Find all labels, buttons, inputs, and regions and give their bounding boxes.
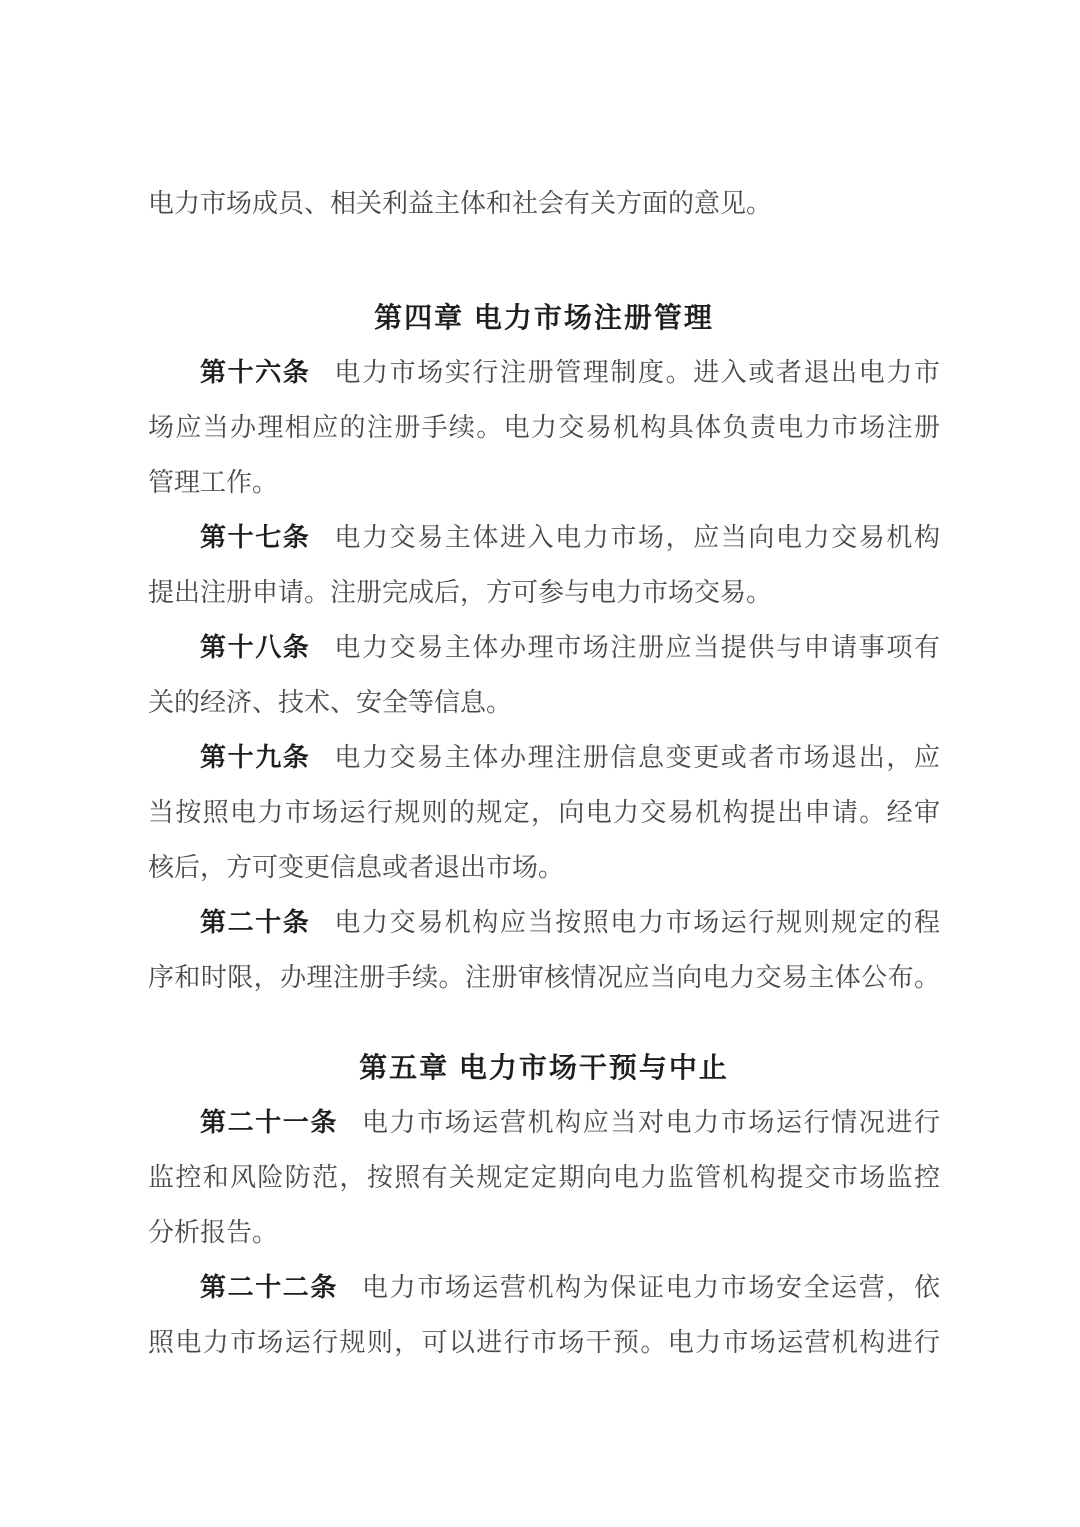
text-line: 第十七条电力交易主体进入电力市场，应当向电力交易机构 [148, 510, 940, 565]
article-label: 第十九条 [200, 742, 334, 772]
article-paragraph: 第十七条电力交易主体进入电力市场，应当向电力交易机构提出注册申请。注册完成后，方… [148, 510, 940, 620]
line-text: 电力市场实行注册管理制度。进入或者退出电力市 [334, 358, 940, 387]
text-line: 第二十一条电力市场运营机构应当对电力市场运行情况进行 [148, 1095, 940, 1150]
line-text: 电力市场运营机构应当对电力市场运行情况进行 [362, 1108, 940, 1137]
article-label: 第二十条 [200, 907, 334, 937]
text-line: 分析报告。 [148, 1205, 940, 1260]
text-line: 序和时限，办理注册手续。注册审核情况应当向电力交易主体公布。 [148, 950, 940, 1005]
article-label: 第二十一条 [200, 1107, 362, 1137]
chapter-heading: 第五章 电力市场干预与中止 [148, 1040, 940, 1095]
line-text: 电力市场运营机构为保证电力市场安全运营，依 [362, 1273, 940, 1302]
line-text: 电力交易机构应当按照电力市场运行规则规定的程 [334, 908, 940, 937]
article-label: 第十六条 [200, 357, 334, 387]
text-line: 第二十条电力交易机构应当按照电力市场运行规则规定的程 [148, 895, 940, 950]
article-paragraph: 第二十一条电力市场运营机构应当对电力市场运行情况进行监控和风险防范，按照有关规定… [148, 1095, 940, 1260]
line-text: 电力交易主体办理市场注册应当提供与申请事项有 [334, 633, 940, 662]
text-line: 第十六条电力市场实行注册管理制度。进入或者退出电力市 [148, 345, 940, 400]
text-line: 照电力市场运行规则，可以进行市场干预。电力市场运营机构进行 [148, 1315, 940, 1370]
article-paragraph: 第二十二条电力市场运营机构为保证电力市场安全运营，依照电力市场运行规则，可以进行… [148, 1260, 940, 1370]
article-paragraph: 第十八条电力交易主体办理市场注册应当提供与申请事项有关的经济、技术、安全等信息。 [148, 620, 940, 730]
text-line: 第二十二条电力市场运营机构为保证电力市场安全运营，依 [148, 1260, 940, 1315]
article-label: 第二十二条 [200, 1272, 362, 1302]
text-line: 提出注册申请。注册完成后，方可参与电力市场交易。 [148, 565, 940, 620]
text-line: 关的经济、技术、安全等信息。 [148, 675, 940, 730]
document-content: 电力市场成员、相关利益主体和社会有关方面的意见。第四章 电力市场注册管理第十六条… [148, 176, 940, 1370]
text-line: 当按照电力市场运行规则的规定，向电力交易机构提出申请。经审 [148, 785, 940, 840]
article-paragraph: 第二十条电力交易机构应当按照电力市场运行规则规定的程序和时限，办理注册手续。注册… [148, 895, 940, 1005]
text-line: 第十九条电力交易主体办理注册信息变更或者市场退出，应 [148, 730, 940, 785]
document-page: 电力市场成员、相关利益主体和社会有关方面的意见。第四章 电力市场注册管理第十六条… [0, 0, 1080, 1527]
text-line: 电力市场成员、相关利益主体和社会有关方面的意见。 [148, 176, 940, 231]
text-line: 场应当办理相应的注册手续。电力交易机构具体负责电力市场注册 [148, 400, 940, 455]
article-label: 第十七条 [200, 522, 334, 552]
line-text: 电力交易主体进入电力市场，应当向电力交易机构 [334, 523, 940, 552]
paragraph-continuation: 电力市场成员、相关利益主体和社会有关方面的意见。 [148, 176, 940, 231]
text-line: 监控和风险防范，按照有关规定定期向电力监管机构提交市场监控 [148, 1150, 940, 1205]
text-line: 第十八条电力交易主体办理市场注册应当提供与申请事项有 [148, 620, 940, 675]
article-label: 第十八条 [200, 632, 334, 662]
article-paragraph: 第十六条电力市场实行注册管理制度。进入或者退出电力市场应当办理相应的注册手续。电… [148, 345, 940, 510]
text-line: 核后，方可变更信息或者退出市场。 [148, 840, 940, 895]
text-line: 管理工作。 [148, 455, 940, 510]
line-text: 电力交易主体办理注册信息变更或者市场退出，应 [334, 743, 940, 772]
article-paragraph: 第十九条电力交易主体办理注册信息变更或者市场退出，应当按照电力市场运行规则的规定… [148, 730, 940, 895]
chapter-heading: 第四章 电力市场注册管理 [148, 290, 940, 345]
